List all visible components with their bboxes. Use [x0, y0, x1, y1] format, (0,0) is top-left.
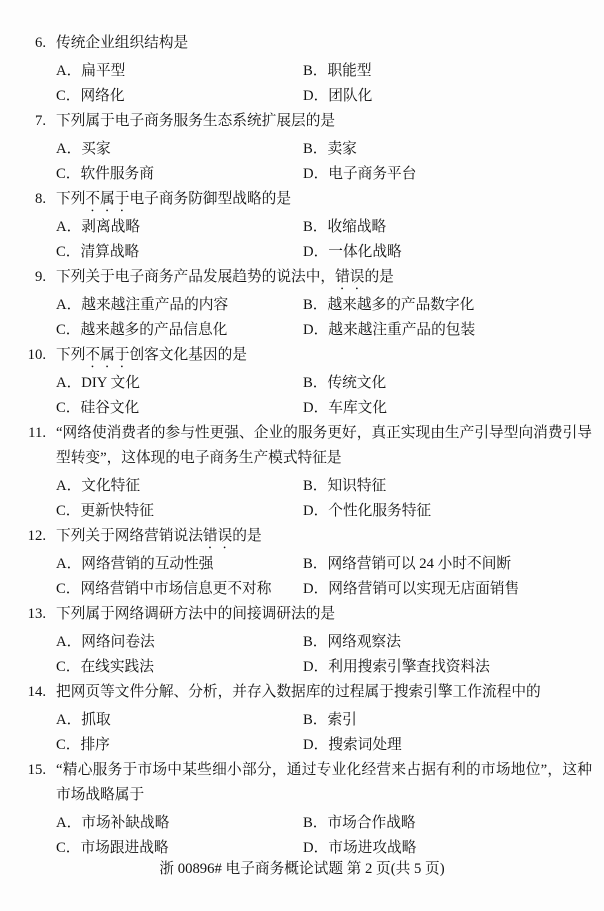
- option-a: A．市场补缺战略: [56, 811, 303, 836]
- option-c: C．在线实践法: [56, 655, 303, 680]
- option-b: B．职能型: [303, 59, 604, 84]
- question-13: 13. 下列属于网络调研方法中的间接调研法的是 A．网络问卷法 B．网络观察法 …: [0, 602, 604, 680]
- question-text: 下列关于电子商务产品发展趋势的说法中，错误的是: [56, 265, 592, 293]
- option-b: B．知识特征: [303, 474, 604, 499]
- question-text-emphasis: 不属于: [85, 347, 129, 363]
- question-text: “精心服务于市场中某些细小部分，通过专业化经营来占据有利的市场地位”，这种市场战…: [56, 758, 592, 811]
- question-number: 15.: [0, 758, 56, 811]
- question-6: 6. 传统企业组织结构是 A．扁平型 B．职能型 C．网络化 D．团队化: [0, 31, 604, 109]
- question-text: “网络使消费者的参与性更强、企业的服务更好，真正实现由生产引导型向消费引导型转变…: [56, 421, 592, 474]
- question-text: 传统企业组织结构是: [56, 31, 592, 59]
- option-a: A．抓取: [56, 708, 303, 733]
- question-8: 8. 下列不属于电子商务防御型战略的是 A．剥离战略 B．收缩战略 C．清算战略…: [0, 187, 604, 265]
- question-15: 15. “精心服务于市场中某些细小部分，通过专业化经营来占据有利的市场地位”，这…: [0, 758, 604, 861]
- option-a: A．剥离战略: [56, 215, 303, 240]
- question-number: 6.: [0, 31, 56, 59]
- question-text: 下列属于电子商务服务生态系统扩展层的是: [56, 109, 592, 137]
- question-text-post: 的是: [364, 269, 393, 285]
- option-b: B．索引: [303, 708, 604, 733]
- question-number: 14.: [0, 680, 56, 708]
- question-text: 把网页等文件分解、分析，并存入数据库的过程属于搜索引擎工作流程中的: [56, 680, 592, 708]
- question-number: 10.: [0, 343, 56, 371]
- option-d: D．搜索词处理: [303, 733, 604, 758]
- option-b: B．网络观察法: [303, 630, 604, 655]
- question-11: 11. “网络使消费者的参与性更强、企业的服务更好，真正实现由生产引导型向消费引…: [0, 421, 604, 524]
- question-text-pre: 下列: [56, 347, 85, 363]
- option-a: A．越来越注重产品的内容: [56, 293, 303, 318]
- question-text-pre: 下列关于网络营销说法: [56, 528, 203, 544]
- option-d: D．个性化服务特征: [303, 499, 604, 524]
- question-10: 10. 下列不属于创客文化基因的是 A．DIY 文化 B．传统文化 C．硅谷文化…: [0, 343, 604, 421]
- option-a: A．买家: [56, 137, 303, 162]
- option-c: C．网络营销中市场信息更不对称: [56, 577, 303, 602]
- option-d: D．网络营销可以实现无店面销售: [303, 577, 604, 602]
- question-text-pre: 传统企业组织结构是: [56, 35, 188, 51]
- option-d: D．车库文化: [303, 396, 604, 421]
- exam-page: 6. 传统企业组织结构是 A．扁平型 B．职能型 C．网络化 D．团队化 7. …: [0, 0, 604, 911]
- question-number: 11.: [0, 421, 56, 474]
- option-b: B．卖家: [303, 137, 604, 162]
- question-number: 7.: [0, 109, 56, 137]
- question-text-post: 创客文化基因的是: [129, 347, 247, 363]
- question-text-pre: 下列: [56, 191, 85, 207]
- question-14: 14. 把网页等文件分解、分析，并存入数据库的过程属于搜索引擎工作流程中的 A．…: [0, 680, 604, 758]
- option-c: C．越来越多的产品信息化: [56, 318, 303, 343]
- option-c: C．网络化: [56, 84, 303, 109]
- option-d: D．越来越注重产品的包装: [303, 318, 604, 343]
- option-d: D．利用搜索引擎查找资料法: [303, 655, 604, 680]
- question-text-pre: 下列关于电子商务产品发展趋势的说法中，: [56, 269, 335, 285]
- option-a: A．DIY 文化: [56, 371, 303, 396]
- question-number: 9.: [0, 265, 56, 293]
- question-text-pre: 把网页等文件分解、分析，并存入数据库的过程属于搜索引擎工作流程中的: [56, 684, 541, 700]
- option-a: A．扁平型: [56, 59, 303, 84]
- option-b: B．收缩战略: [303, 215, 604, 240]
- question-text-post: 电子商务防御型战略的是: [129, 191, 291, 207]
- option-b: B．网络营销可以 24 小时不间断: [303, 552, 604, 577]
- question-text-emphasis: 不属于: [85, 191, 129, 207]
- option-d: D．团队化: [303, 84, 604, 109]
- option-d: D．电子商务平台: [303, 162, 604, 187]
- question-7: 7. 下列属于电子商务服务生态系统扩展层的是 A．买家 B．卖家 C．软件服务商…: [0, 109, 604, 187]
- option-c: C．排序: [56, 733, 303, 758]
- question-text-pre: 下列属于电子商务服务生态系统扩展层的是: [56, 113, 335, 129]
- option-a: A．文化特征: [56, 474, 303, 499]
- page-footer: 浙 00896# 电子商务概论试题 第 2 页(共 5 页): [0, 857, 604, 882]
- option-c: C．更新快特征: [56, 499, 303, 524]
- question-text: 下列不属于电子商务防御型战略的是: [56, 187, 592, 215]
- question-number: 12.: [0, 524, 56, 552]
- option-a: A．网络问卷法: [56, 630, 303, 655]
- question-text-emphasis: 错误: [335, 269, 364, 285]
- question-text: 下列属于网络调研方法中的间接调研法的是: [56, 602, 592, 630]
- option-b: B．市场合作战略: [303, 811, 604, 836]
- option-a: A．网络营销的互动性强: [56, 552, 303, 577]
- option-d: D．一体化战略: [303, 240, 604, 265]
- question-text-emphasis: 错误: [203, 528, 232, 544]
- question-text: 下列不属于创客文化基因的是: [56, 343, 592, 371]
- question-text-pre: “精心服务于市场中某些细小部分，通过专业化经营来占据有利的市场地位”，这种市场战…: [56, 762, 592, 803]
- question-text: 下列关于网络营销说法错误的是: [56, 524, 592, 552]
- option-c: C．软件服务商: [56, 162, 303, 187]
- question-9: 9. 下列关于电子商务产品发展趋势的说法中，错误的是 A．越来越注重产品的内容 …: [0, 265, 604, 343]
- question-number: 13.: [0, 602, 56, 630]
- question-text-post: 的是: [232, 528, 261, 544]
- option-b: B．传统文化: [303, 371, 604, 396]
- question-text-pre: 下列属于网络调研方法中的间接调研法的是: [56, 606, 335, 622]
- question-12: 12. 下列关于网络营销说法错误的是 A．网络营销的互动性强 B．网络营销可以 …: [0, 524, 604, 602]
- question-number: 8.: [0, 187, 56, 215]
- option-c: C．清算战略: [56, 240, 303, 265]
- question-text-pre: “网络使消费者的参与性更强、企业的服务更好，真正实现由生产引导型向消费引导型转变…: [56, 425, 592, 466]
- option-c: C．硅谷文化: [56, 396, 303, 421]
- option-b: B．越来越多的产品数字化: [303, 293, 604, 318]
